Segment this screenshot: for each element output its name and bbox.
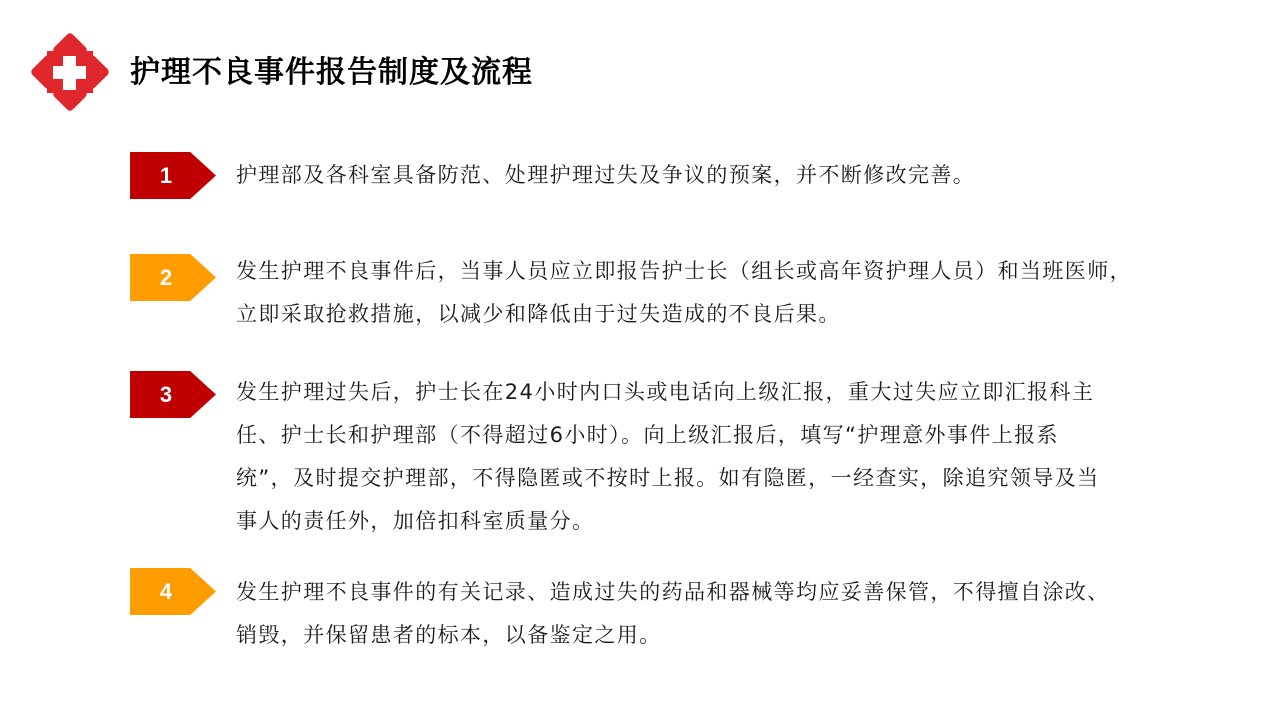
medical-cross-icon	[29, 33, 109, 113]
step-text: 发生护理不良事件的有关记录、造成过失的药品和器械等均应妥善保管，不得擅自涂改、 …	[236, 571, 1196, 657]
step-badge: 2	[130, 254, 216, 301]
step-badge: 3	[130, 371, 216, 418]
step-badge: 4	[130, 568, 216, 615]
text-line: 事人的责任外，加倍扣科室质量分。	[236, 500, 1196, 543]
step-number: 3	[130, 382, 202, 408]
text-line: 发生护理过失后，护士长在24小时内口头或电话向上级汇报，重大过失应立即汇报科主	[236, 371, 1196, 414]
text-line: 发生护理不良事件的有关记录、造成过失的药品和器械等均应妥善保管，不得擅自涂改、	[236, 571, 1196, 614]
text-line: 任、护士长和护理部（不得超过6小时）。向上级汇报后，填写“护理意外事件上报系	[236, 414, 1196, 457]
text-line: 统”，及时提交护理部，不得隐匿或不按时上报。如有隐匿，一经查实，除追究领导及当	[236, 457, 1196, 500]
step-badge: 1	[130, 152, 216, 199]
text-line: 发生护理不良事件后，当事人员应立即报告护士长（组长或高年资护理人员）和当班医师，	[236, 250, 1196, 293]
hospital-logo	[29, 33, 109, 113]
step-text: 护理部及各科室具备防范、处理护理过失及争议的预案，并不断修改完善。	[236, 154, 1196, 197]
step-number: 2	[130, 265, 202, 291]
page-title: 护理不良事件报告制度及流程	[130, 52, 533, 94]
step-number: 4	[130, 579, 202, 605]
step-text: 发生护理不良事件后，当事人员应立即报告护士长（组长或高年资护理人员）和当班医师，…	[236, 250, 1196, 336]
text-line: 立即采取抢救措施，以减少和降低由于过失造成的不良后果。	[236, 293, 1196, 336]
text-line: 销毁，并保留患者的标本，以备鉴定之用。	[236, 614, 1196, 657]
text-line: 护理部及各科室具备防范、处理护理过失及争议的预案，并不断修改完善。	[236, 154, 1196, 197]
step-text: 发生护理过失后，护士长在24小时内口头或电话向上级汇报，重大过失应立即汇报科主 …	[236, 371, 1196, 543]
step-number: 1	[130, 163, 202, 189]
